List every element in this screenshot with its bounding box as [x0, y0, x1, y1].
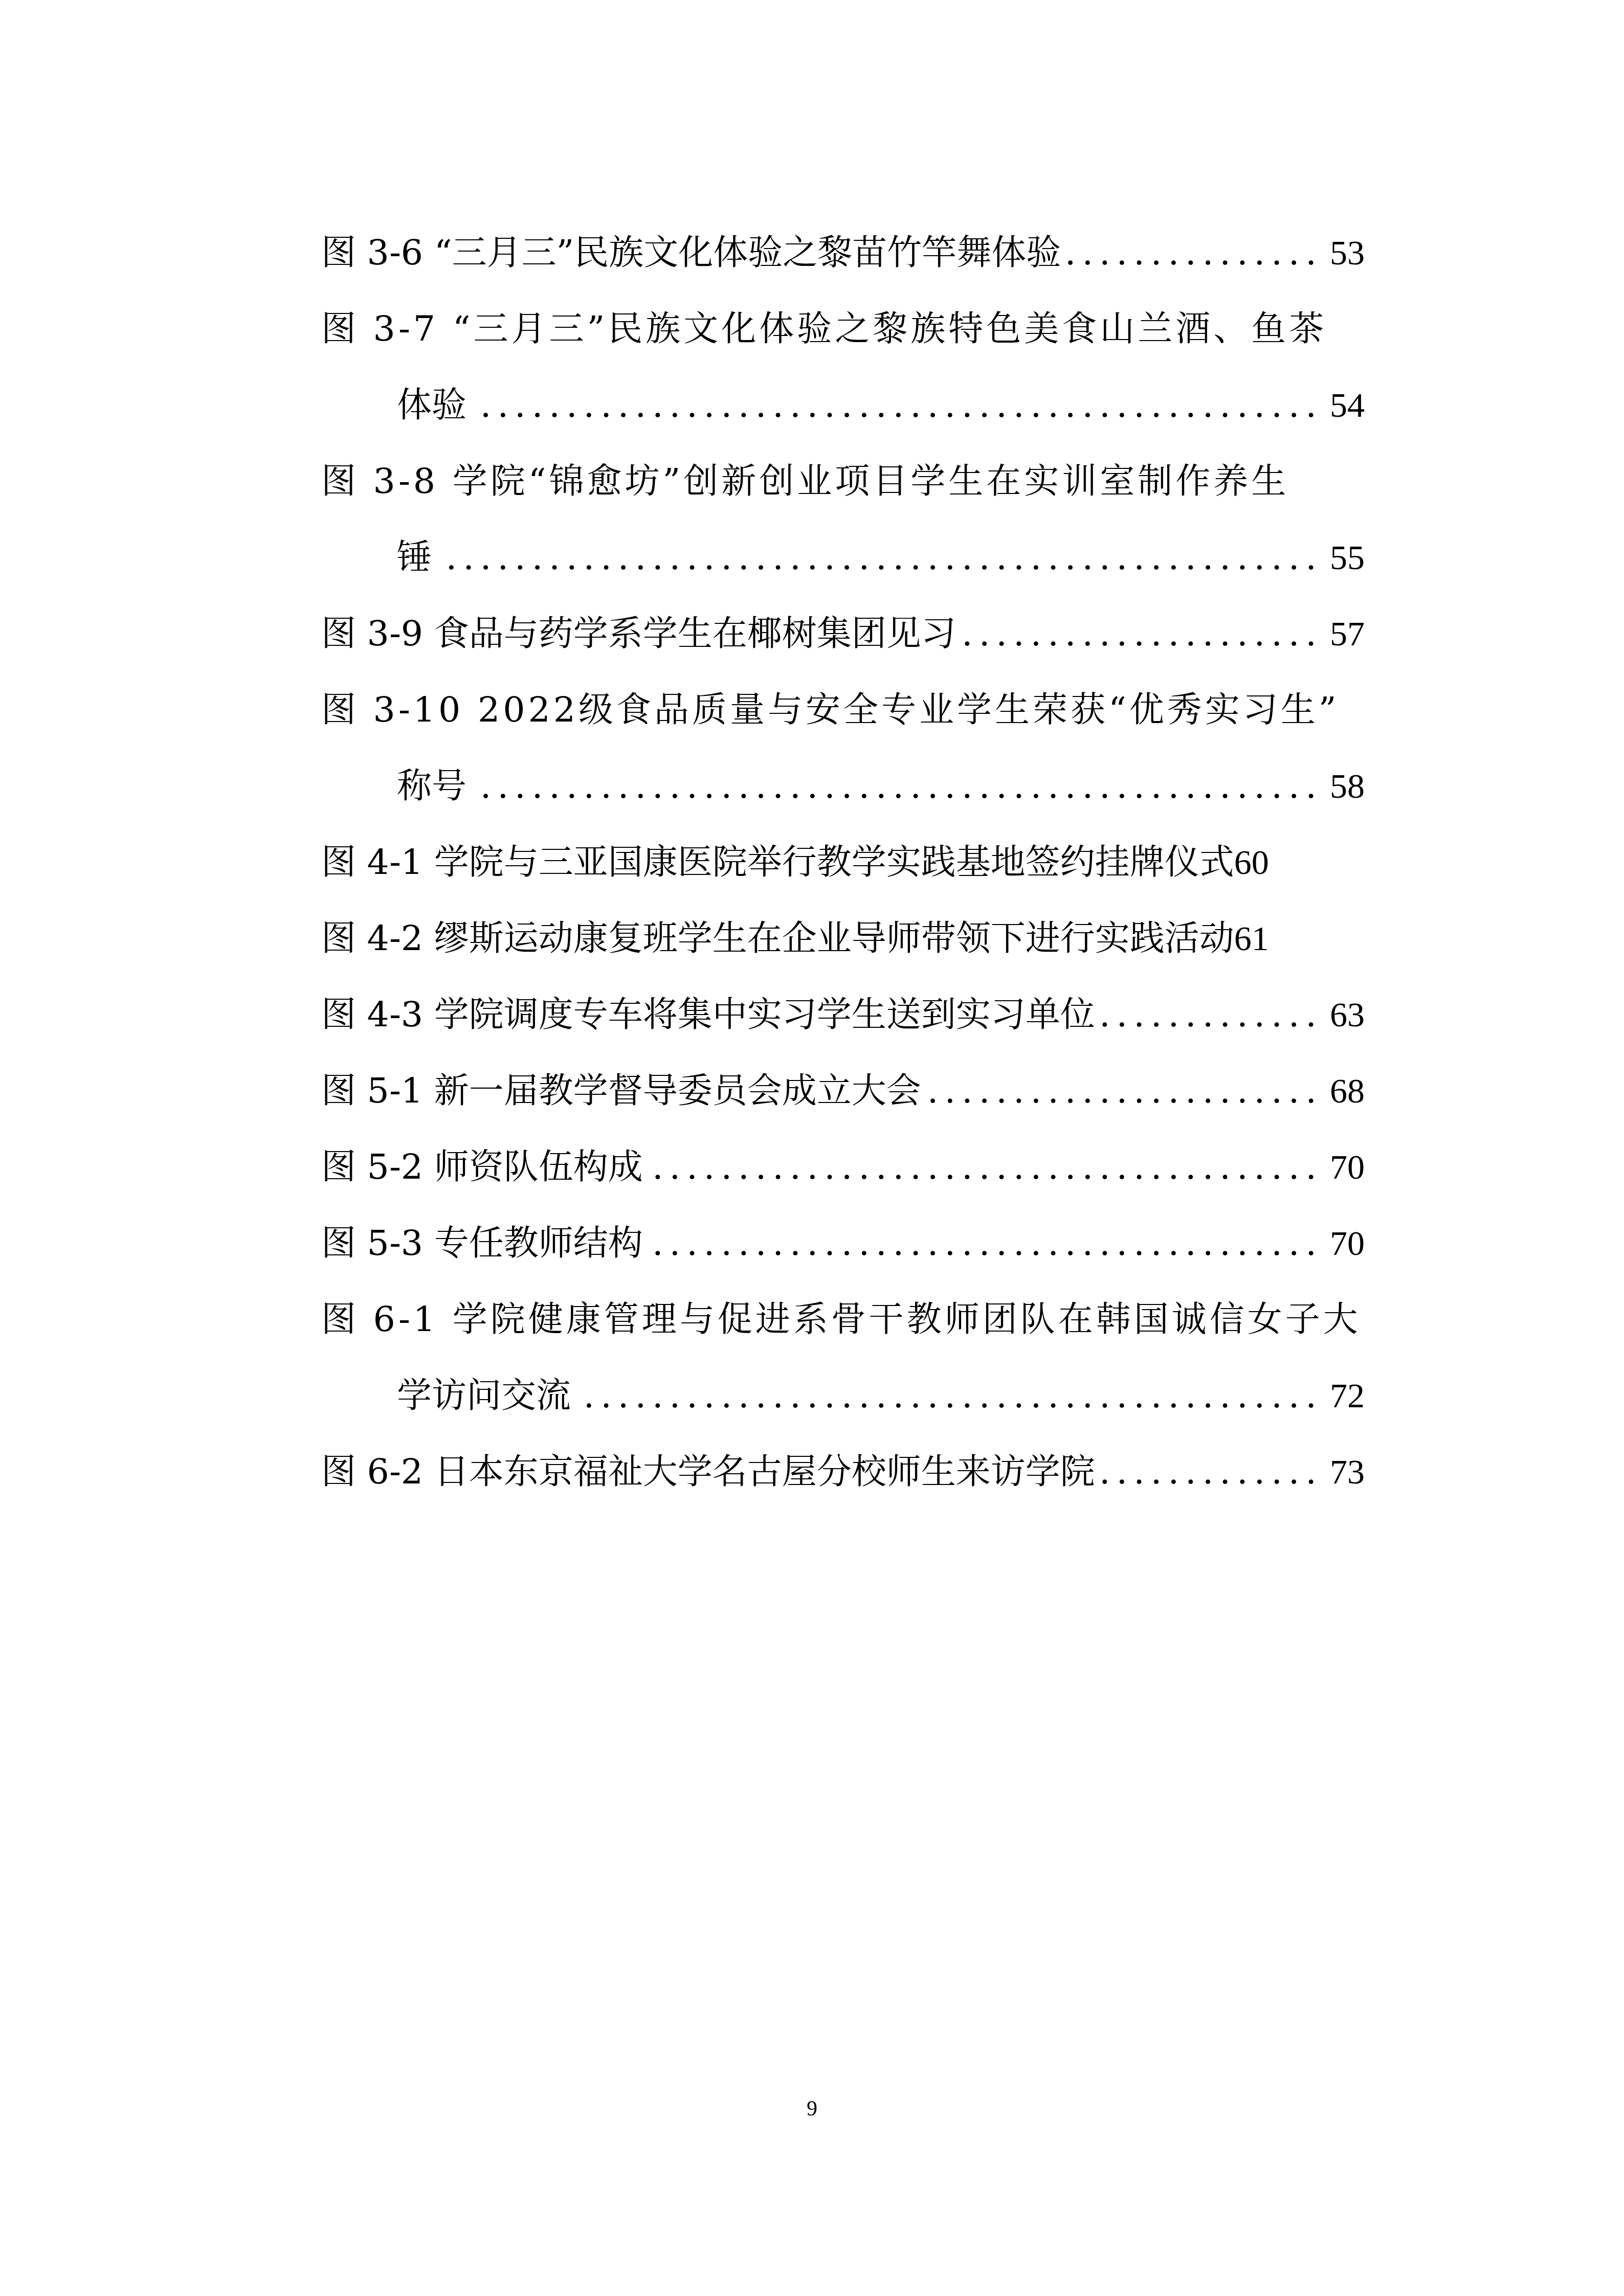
toc-entry-title-cont: 锤: [397, 520, 432, 596]
toc-entry-page: 53: [1330, 215, 1365, 291]
toc-entry-6-2[interactable]: 图 6-2 日本东京福祉大学名古屋分校师生来访学院 ..............…: [321, 1434, 1365, 1510]
toc-entry-title: 图 3-7 “三月三”民族文化体验之黎族特色美食山兰酒、鱼茶: [321, 291, 1327, 367]
dot-leader: ........................................…: [650, 1129, 1323, 1205]
toc-entry-title-cont: 学访问交流: [397, 1358, 571, 1434]
toc-entry-3-6[interactable]: 图 3-6 “三月三”民族文化体验之黎苗竹竿舞体验 ..............…: [321, 215, 1365, 291]
toc-entry-title-cont: 体验: [397, 367, 466, 443]
toc-entry-3-7[interactable]: 图 3-7 “三月三”民族文化体验之黎族特色美食山兰酒、鱼茶: [321, 291, 1365, 367]
toc-entry-page: 61: [1234, 901, 1269, 977]
toc-entry-title: 图 4-3 学院调度专车将集中实习学生送到实习单位: [321, 977, 1095, 1053]
toc-entry-page: 72: [1330, 1358, 1365, 1434]
toc-entry-5-3[interactable]: 图 5-3 专任教师结构 ...........................…: [321, 1205, 1365, 1281]
toc-entry-title: 图 3-10 2022级食品质量与安全专业学生荣获“优秀实习生”: [321, 672, 1340, 748]
toc-entry-page: 70: [1330, 1205, 1365, 1281]
toc-entry-3-7-cont[interactable]: 体验 .....................................…: [321, 367, 1365, 443]
toc-entry-title: 图 5-3 专任教师结构: [321, 1205, 643, 1281]
toc-entry-4-2[interactable]: 图 4-2 缪斯运动康复班学生在企业导师带领下进行实践活动 61: [321, 901, 1365, 977]
dot-leader: ........................................…: [650, 1205, 1323, 1281]
dot-leader: ........................................…: [928, 1053, 1323, 1129]
toc-entry-page: 54: [1330, 367, 1365, 443]
toc-entry-title: 图 6-2 日本东京福祉大学名古屋分校师生来访学院: [321, 1434, 1095, 1510]
dot-leader: ........................................…: [578, 1358, 1323, 1434]
toc-entry-title: 图 6-1 学院健康管理与促进系骨干教师团队在韩国诚信女子大: [321, 1281, 1361, 1358]
page-number: 9: [807, 2097, 817, 2121]
document-page: 图 3-6 “三月三”民族文化体验之黎苗竹竿舞体验 ..............…: [0, 0, 1624, 2296]
toc-entry-3-10[interactable]: 图 3-10 2022级食品质量与安全专业学生荣获“优秀实习生”: [321, 672, 1365, 748]
dot-leader: ........................................…: [474, 748, 1323, 824]
toc-entry-5-1[interactable]: 图 5-1 新一届教学督导委员会成立大会 ...................…: [321, 1053, 1365, 1129]
toc-entry-page: 73: [1330, 1434, 1365, 1510]
toc-entry-page: 68: [1330, 1053, 1365, 1129]
toc-entry-4-1[interactable]: 图 4-1 学院与三亚国康医院举行教学实践基地签约挂牌仪式 60: [321, 824, 1365, 901]
toc-entry-page: 63: [1330, 977, 1365, 1053]
dot-leader: ........................................…: [1102, 977, 1323, 1053]
toc-entry-6-1-cont[interactable]: 学访问交流 ..................................…: [321, 1358, 1365, 1434]
toc-entry-3-8[interactable]: 图 3-8 学院“锦愈坊”创新创业项目学生在实训室制作养生: [321, 443, 1365, 520]
toc-entry-6-1[interactable]: 图 6-1 学院健康管理与促进系骨干教师团队在韩国诚信女子大: [321, 1281, 1365, 1358]
toc-entry-page: 60: [1234, 824, 1269, 901]
dot-leader: ........................................…: [963, 596, 1323, 672]
dot-leader: ........................................…: [474, 367, 1323, 443]
toc-entry-title: 图 5-2 师资队伍构成: [321, 1129, 643, 1205]
toc-entry-page: 58: [1330, 748, 1365, 824]
dot-leader: ........................................…: [1102, 1434, 1323, 1510]
toc-entry-page: 57: [1330, 596, 1365, 672]
toc-entry-3-8-cont[interactable]: 锤 ......................................…: [321, 520, 1365, 596]
toc-entry-3-9[interactable]: 图 3-9 食品与药学系学生在椰树集团见习 ..................…: [321, 596, 1365, 672]
toc-entry-page: 70: [1330, 1129, 1365, 1205]
dot-leader: ........................................…: [439, 520, 1323, 596]
toc-entry-title-cont: 称号: [397, 748, 466, 824]
toc-entry-5-2[interactable]: 图 5-2 师资队伍构成 ...........................…: [321, 1129, 1365, 1205]
toc-entry-title: 图 5-1 新一届教学督导委员会成立大会: [321, 1053, 921, 1129]
list-of-figures: 图 3-6 “三月三”民族文化体验之黎苗竹竿舞体验 ..............…: [321, 215, 1365, 1510]
page-footer: 9: [0, 2097, 1624, 2121]
toc-entry-title: 图 3-8 学院“锦愈坊”创新创业项目学生在实训室制作养生: [321, 443, 1289, 520]
toc-entry-title: 图 3-6 “三月三”民族文化体验之黎苗竹竿舞体验: [321, 215, 1061, 291]
toc-entry-4-3[interactable]: 图 4-3 学院调度专车将集中实习学生送到实习单位 ..............…: [321, 977, 1365, 1053]
toc-entry-title: 图 4-2 缪斯运动康复班学生在企业导师带领下进行实践活动: [321, 901, 1234, 977]
toc-entry-page: 55: [1330, 520, 1365, 596]
toc-entry-title: 图 3-9 食品与药学系学生在椰树集团见习: [321, 596, 956, 672]
toc-entry-title: 图 4-1 学院与三亚国康医院举行教学实践基地签约挂牌仪式: [321, 824, 1234, 901]
toc-entry-3-10-cont[interactable]: 称号 .....................................…: [321, 748, 1365, 824]
dot-leader: ........................................…: [1068, 215, 1323, 291]
